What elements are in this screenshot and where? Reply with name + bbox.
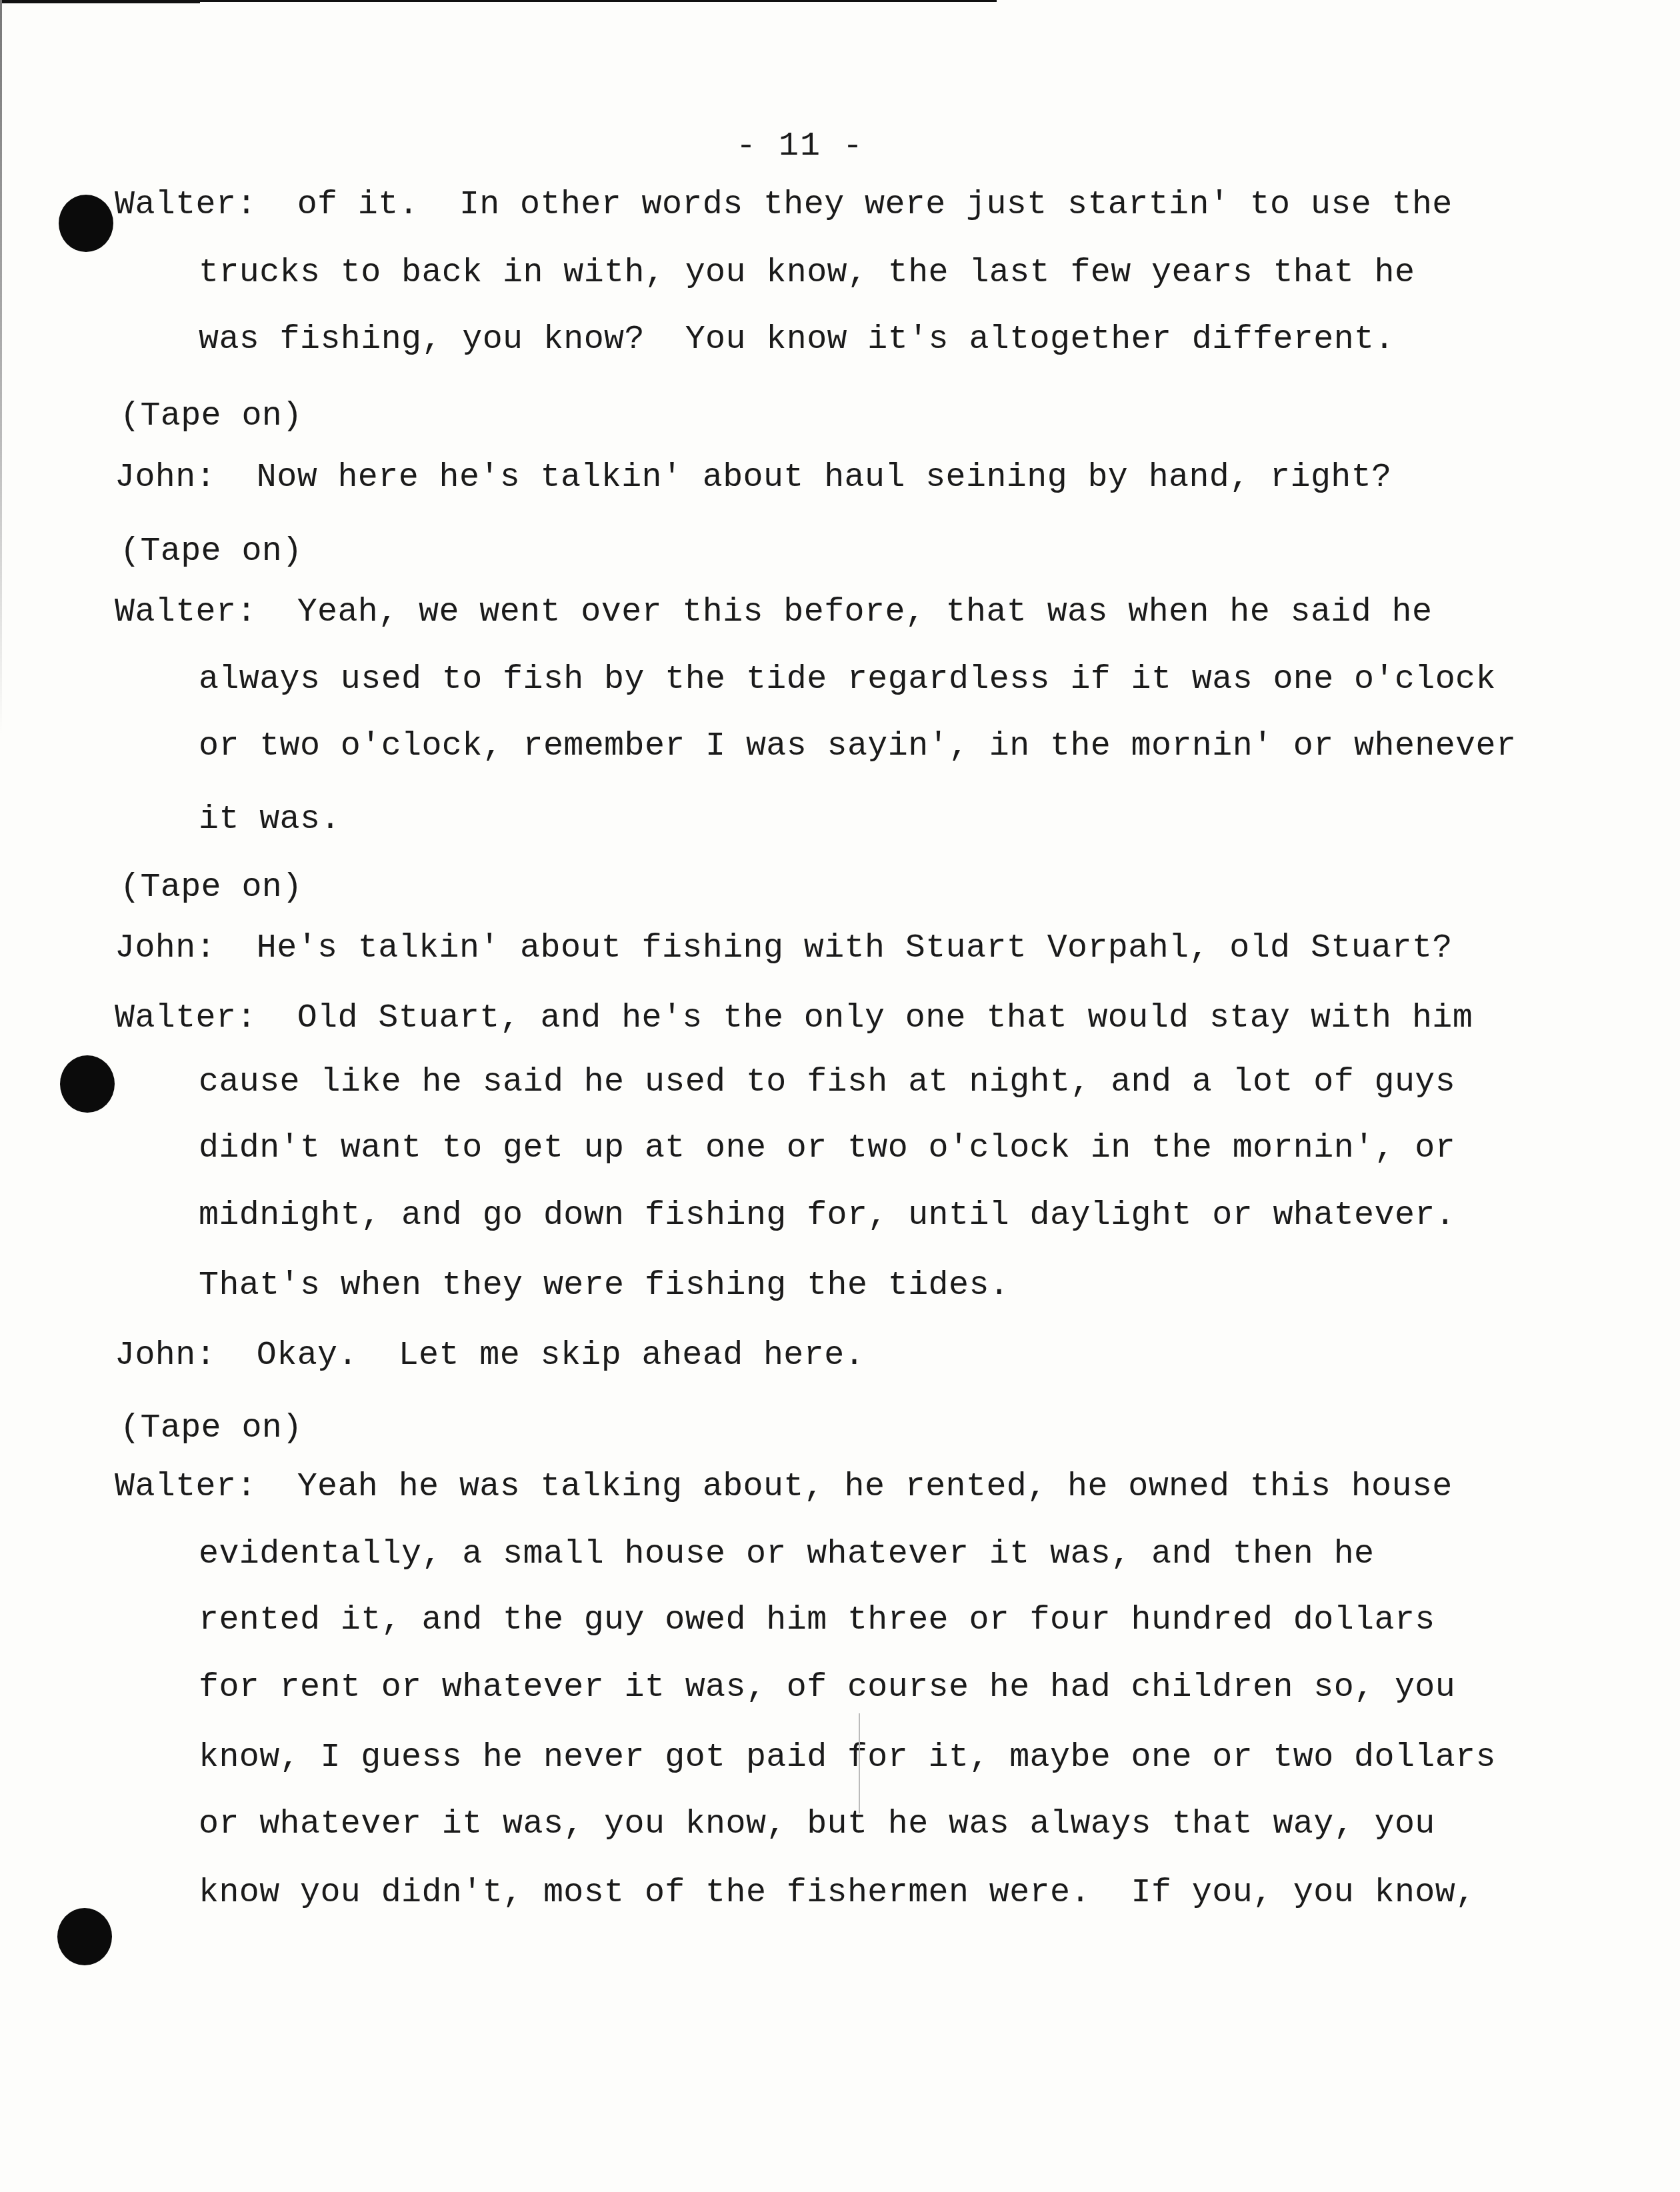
continuation-line: trucks to back in with, you know, the la…: [199, 253, 1415, 293]
continuation-line: it was.: [199, 800, 341, 840]
speaker-label: Walter:: [115, 186, 257, 224]
continuation-line: rented it, and the guy owed him three or…: [199, 1601, 1435, 1641]
continuation-line: cause like he said he used to fish at ni…: [199, 1063, 1455, 1103]
continuation-line: always used to fish by the tide regardle…: [199, 660, 1496, 700]
scan-left-edge: [0, 0, 2, 733]
continuation-line: know, I guess he never got paid for it, …: [199, 1738, 1496, 1778]
speaker-line: Walter: Yeah he was talking about, he re…: [115, 1467, 1453, 1507]
continuation-line: midnight, and go down fishing for, until…: [199, 1196, 1455, 1236]
speaker-line: John: Okay. Let me skip ahead here.: [115, 1336, 865, 1376]
scan-artifact-line: [859, 1713, 860, 1813]
tape-note: (Tape on): [120, 868, 303, 908]
page-number: - 11 -: [0, 127, 1600, 167]
tape-note: (Tape on): [120, 1409, 303, 1449]
continuation-line: evidentally, a small house or whatever i…: [199, 1535, 1374, 1575]
continuation-line: was fishing, you know? You know it's alt…: [199, 320, 1395, 360]
punch-hole-top: [59, 195, 113, 252]
scan-top-border-thin: [200, 0, 997, 2]
continuation-line: or whatever it was, you know, but he was…: [199, 1805, 1435, 1845]
speaker-label: Walter:: [115, 999, 257, 1037]
speaker-line: Walter: Old Stuart, and he's the only on…: [115, 999, 1473, 1039]
speech-text: Old Stuart, and he's the only one that w…: [297, 999, 1473, 1037]
continuation-line: That's when they were fishing the tides.: [199, 1266, 1009, 1306]
speech-text: Okay. Let me skip ahead here.: [257, 1337, 865, 1375]
tape-note: (Tape on): [120, 397, 303, 437]
speaker-label: John:: [115, 929, 216, 967]
speaker-label: Walter:: [115, 1468, 257, 1506]
punch-hole-bottom: [57, 1908, 112, 1965]
speech-text: Now here he's talkin' about haul seining…: [257, 459, 1392, 497]
speaker-line: John: He's talkin' about fishing with St…: [115, 929, 1453, 969]
speech-text: Yeah, we went over this before, that was…: [297, 593, 1433, 631]
punch-hole-middle: [60, 1055, 115, 1113]
scan-top-border: [0, 0, 200, 3]
tape-note: (Tape on): [120, 532, 303, 572]
speaker-line: John: Now here he's talkin' about haul s…: [115, 458, 1392, 498]
speech-text: Yeah he was talking about, he rented, he…: [297, 1468, 1453, 1506]
continuation-line: for rent or whatever it was, of course h…: [199, 1668, 1455, 1708]
speaker-label: John:: [115, 459, 216, 497]
speaker-line: Walter: Yeah, we went over this before, …: [115, 593, 1432, 633]
speaker-label: John:: [115, 1337, 216, 1375]
speaker-line: Walter: of it. In other words they were …: [115, 185, 1453, 225]
continuation-line: or two o'clock, remember I was sayin', i…: [199, 727, 1516, 767]
speech-text: He's talkin' about fishing with Stuart V…: [257, 929, 1453, 967]
speech-text: of it. In other words they were just sta…: [297, 186, 1453, 224]
continuation-line: didn't want to get up at one or two o'cl…: [199, 1129, 1455, 1169]
speaker-label: Walter:: [115, 593, 257, 631]
continuation-line: know you didn't, most of the fishermen w…: [199, 1873, 1476, 1913]
